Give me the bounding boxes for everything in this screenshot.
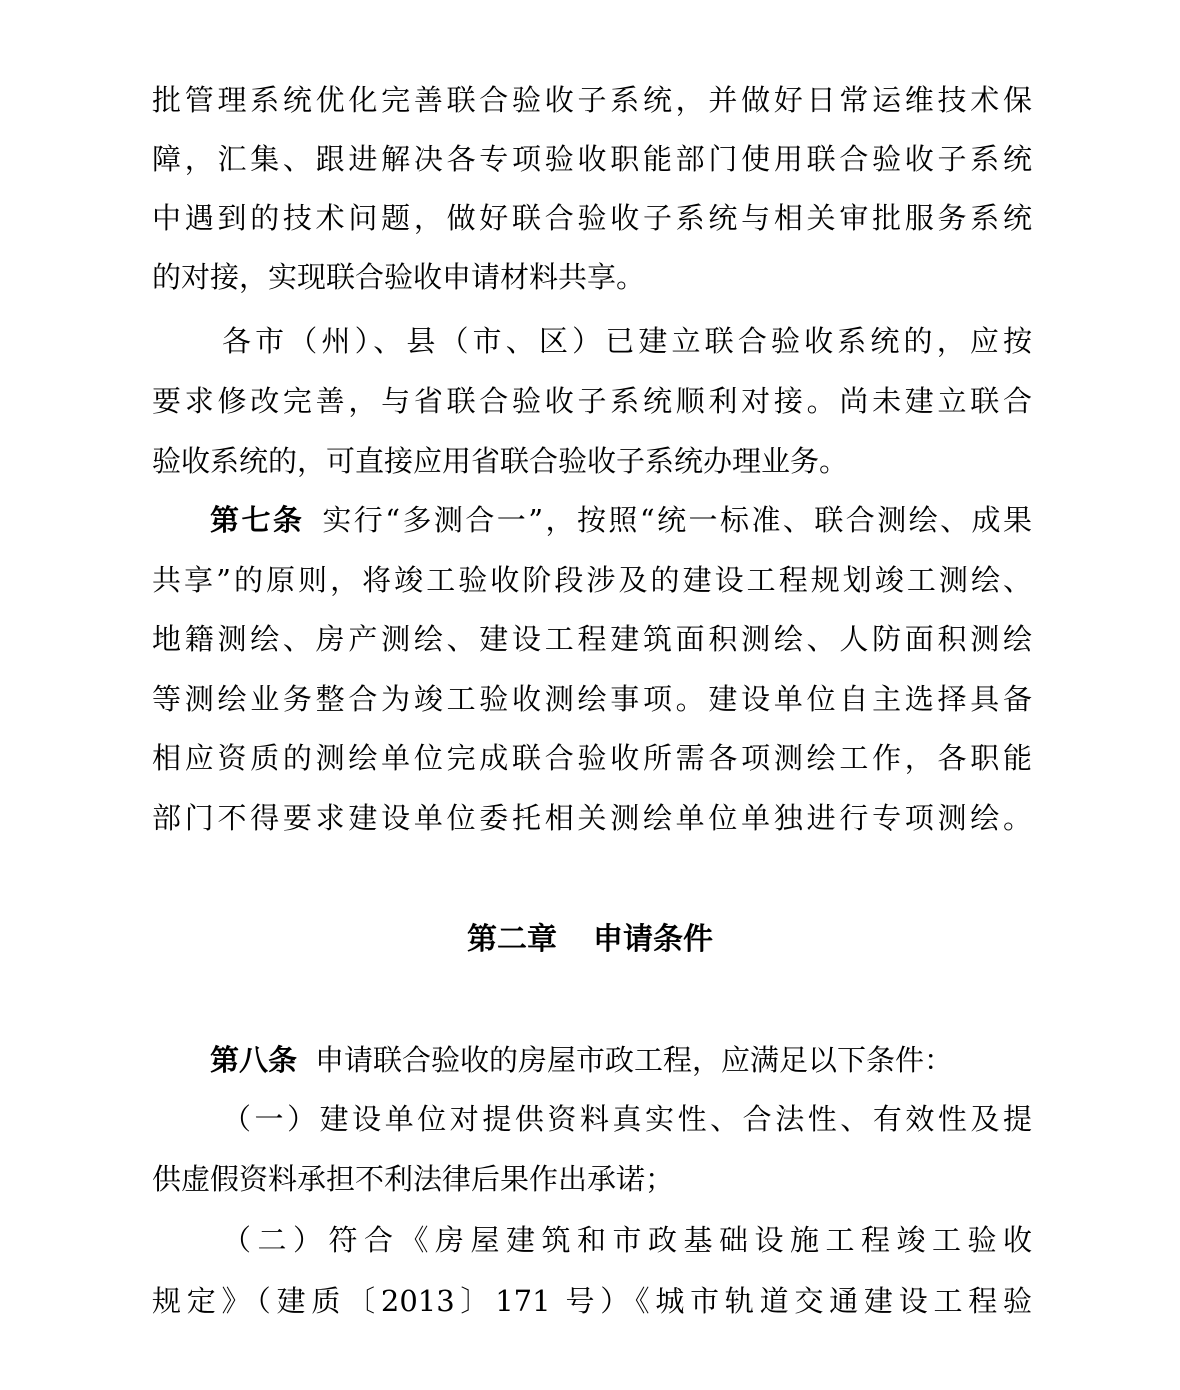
paragraph-line: 中遇到的技术问题，做好联合验收子系统与相关审批服务系统 bbox=[152, 198, 1032, 238]
chapter-heading: 第二章申请条件 bbox=[0, 920, 1180, 960]
paragraph-line: 障，汇集、跟进解决各专项验收职能部门使用联合验收子系统 bbox=[152, 139, 1032, 179]
article-7-first-line: 第七条实行“多测合一”，按照“统一标准、联合测绘、成果 bbox=[210, 500, 1032, 540]
chapter-title: 申请条件 bbox=[593, 922, 713, 957]
paragraph-line: 地籍测绘、房产测绘、建设工程建筑面积测绘、人防面积测绘 bbox=[152, 619, 1032, 659]
paragraph-line: 共享”的原则，将竣工验收阶段涉及的建设工程规划竣工测绘、 bbox=[152, 560, 1032, 600]
list-item-line: 规定》（建质〔2013〕171 号）《城市轨道交通建设工程验 bbox=[152, 1281, 1032, 1321]
paragraph-line: 等测绘业务整合为竣工验收测绘事项。建设单位自主选择具备 bbox=[152, 679, 1032, 719]
article-text: 申请联合验收的房屋市政工程，应满足以下条件： bbox=[315, 1043, 953, 1077]
list-item-line: 供虚假资料承担不利法律后果作出承诺； bbox=[152, 1159, 1032, 1199]
paragraph-line: 验收系统的，可直接应用省联合验收子系统办理业务。 bbox=[152, 441, 1032, 481]
paragraph-line: 各市（州）、县（市、区）已建立联合验收系统的，应按 bbox=[222, 321, 1032, 361]
paragraph-line: 的对接，实现联合验收申请材料共享。 bbox=[152, 257, 1032, 297]
article-text: 实行“多测合一”，按照“统一标准、联合测绘、成果 bbox=[322, 503, 1032, 537]
paragraph-line: 批管理系统优化完善联合验收子系统，并做好日常运维技术保 bbox=[152, 80, 1032, 120]
chapter-number: 第二章 bbox=[467, 922, 557, 957]
paragraph-line: 部门不得要求建设单位委托相关测绘单位单独进行专项测绘。 bbox=[152, 798, 1032, 838]
paragraph-line: 相应资质的测绘单位完成联合验收所需各项测绘工作，各职能 bbox=[152, 738, 1032, 778]
list-item-line: （二）符合《房屋建筑和市政基础设施工程竣工验收 bbox=[222, 1220, 1032, 1260]
article-8-line: 第八条申请联合验收的房屋市政工程，应满足以下条件： bbox=[210, 1040, 1032, 1080]
article-label: 第八条 bbox=[210, 1043, 297, 1077]
article-label: 第七条 bbox=[210, 503, 304, 537]
list-item-line: （一）建设单位对提供资料真实性、合法性、有效性及提 bbox=[222, 1099, 1032, 1139]
paragraph-line: 要求修改完善，与省联合验收子系统顺利对接。尚未建立联合 bbox=[152, 381, 1032, 421]
